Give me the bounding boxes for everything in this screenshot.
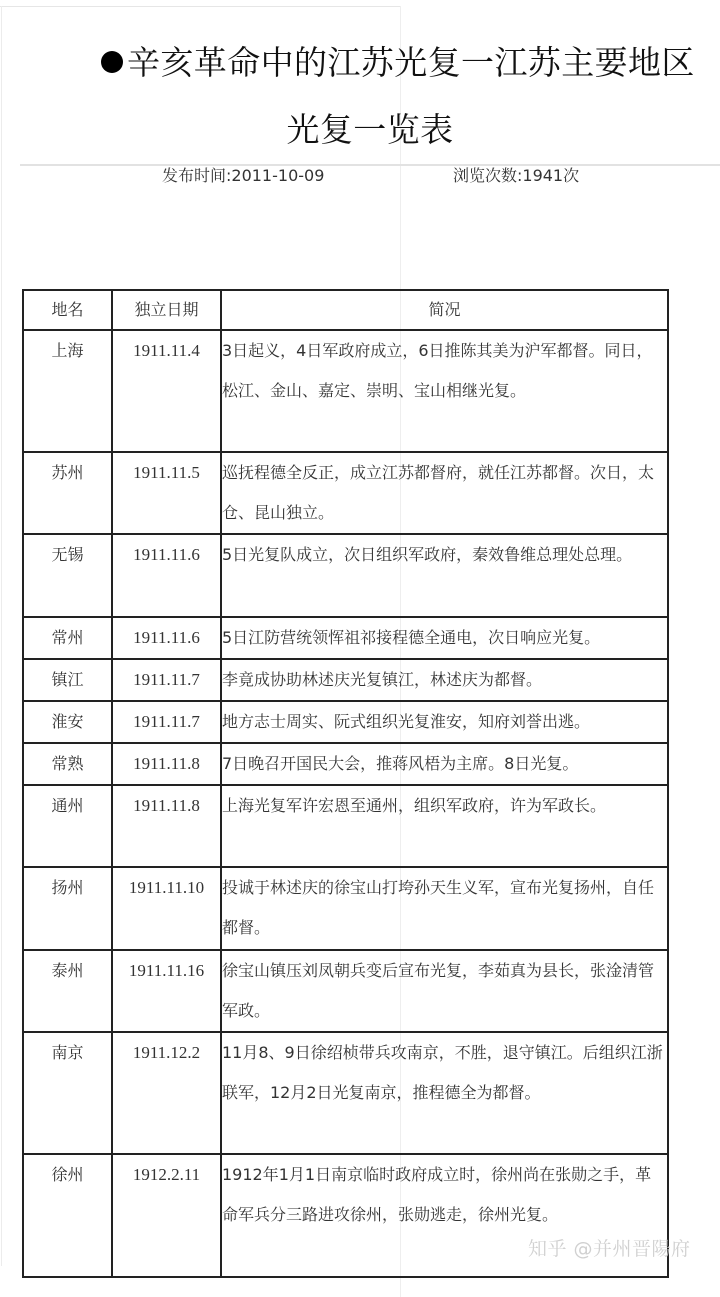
table-row: 镇江 1911.11.7 李竟成协助林述庆光复镇江，林述庆为都督。 — [23, 659, 668, 701]
cell-place: 常熟 — [23, 743, 112, 785]
table-row: 扬州 1911.11.10 投诚于林述庆的徐宝山打垮孙天生义军，宣布光复扬州，自… — [23, 867, 668, 950]
cell-date: 1912.2.11 — [112, 1154, 221, 1277]
publish-date: 发布时间:2011-10-09 — [162, 165, 324, 187]
cell-date: 1911.11.6 — [112, 617, 221, 659]
cell-place: 南京 — [23, 1032, 112, 1154]
cell-place: 常州 — [23, 617, 112, 659]
cell-date: 1911.12.2 — [112, 1032, 221, 1154]
table-row: 通州 1911.11.8 上海光复军许宏恩至通州，组织军政府，许为军政长。 — [23, 785, 668, 867]
table-header-row: 地名 独立日期 简况 — [23, 290, 668, 330]
cell-date: 1911.11.10 — [112, 867, 221, 950]
cell-summary: 3日起义，4日军政府成立，6日推陈其美为沪军都督。同日，松江、金山、嘉定、崇明、… — [221, 330, 668, 452]
cell-place: 淮安 — [23, 701, 112, 743]
page-frame-top-border — [0, 6, 400, 7]
cell-place: 通州 — [23, 785, 112, 867]
table-row: 常州 1911.11.6 5日江防营统领恽祖祁接程德全通电，次日响应光复。 — [23, 617, 668, 659]
title-divider — [20, 164, 720, 166]
cell-place: 扬州 — [23, 867, 112, 950]
cell-summary: 上海光复军许宏恩至通州，组织军政府，许为军政长。 — [221, 785, 668, 867]
cell-summary: 巡抚程德全反正，成立江苏都督府，就任江苏都督。次日，太仓、昆山独立。 — [221, 452, 668, 534]
header-place: 地名 — [23, 290, 112, 330]
cell-summary: 11月8、9日徐绍桢带兵攻南京，不胜，退守镇江。后组织江浙联军，12月2日光复南… — [221, 1032, 668, 1154]
table-row: 南京 1911.12.2 11月8、9日徐绍桢带兵攻南京，不胜，退守镇江。后组织… — [23, 1032, 668, 1154]
cell-date: 1911.11.8 — [112, 743, 221, 785]
cell-date: 1911.11.6 — [112, 534, 221, 617]
cell-place: 徐州 — [23, 1154, 112, 1277]
cell-place: 苏州 — [23, 452, 112, 534]
cell-summary: 5日光复队成立，次日组织军政府，秦效鲁维总理处总理。 — [221, 534, 668, 617]
bullet-icon — [101, 51, 123, 73]
zhihu-watermark: 知乎 @并州晋陽府 — [528, 1235, 691, 1263]
cell-summary: 7日晚召开国民大会，推蒋风梧为主席。8日光复。 — [221, 743, 668, 785]
cell-date: 1911.11.8 — [112, 785, 221, 867]
header-date: 独立日期 — [112, 290, 221, 330]
cell-date: 1911.11.4 — [112, 330, 221, 452]
page-title-line2: 光复一览表 — [0, 107, 720, 153]
cell-place: 泰州 — [23, 950, 112, 1032]
header-summary: 简况 — [221, 290, 668, 330]
page-title: 辛亥革命中的江苏光复一江苏主要地区 — [101, 40, 720, 86]
cell-date: 1911.11.5 — [112, 452, 221, 534]
page-title-text-line1: 辛亥革命中的江苏光复一江苏主要地区 — [127, 43, 695, 82]
cell-date: 1911.11.16 — [112, 950, 221, 1032]
cell-date: 1911.11.7 — [112, 701, 221, 743]
table-row: 苏州 1911.11.5 巡抚程德全反正，成立江苏都督府，就任江苏都督。次日，太… — [23, 452, 668, 534]
table-row: 淮安 1911.11.7 地方志士周实、阮式组织光复淮安，知府刘誉出逃。 — [23, 701, 668, 743]
cell-place: 镇江 — [23, 659, 112, 701]
table-row: 无锡 1911.11.6 5日光复队成立，次日组织军政府，秦效鲁维总理处总理。 — [23, 534, 668, 617]
table-row: 上海 1911.11.4 3日起义，4日军政府成立，6日推陈其美为沪军都督。同日… — [23, 330, 668, 452]
table-row: 常熟 1911.11.8 7日晚召开国民大会，推蒋风梧为主席。8日光复。 — [23, 743, 668, 785]
liberation-summary-table: 地名 独立日期 简况 上海 1911.11.4 3日起义，4日军政府成立，6日推… — [22, 289, 669, 1278]
page-frame-left-border — [1, 6, 2, 1266]
cell-place: 无锡 — [23, 534, 112, 617]
cell-date: 1911.11.7 — [112, 659, 221, 701]
table-row: 泰州 1911.11.16 徐宝山镇压刘凤朝兵变后宣布光复，李茹真为县长，张淦清… — [23, 950, 668, 1032]
cell-summary: 5日江防营统领恽祖祁接程德全通电，次日响应光复。 — [221, 617, 668, 659]
cell-summary: 徐宝山镇压刘凤朝兵变后宣布光复，李茹真为县长，张淦清管军政。 — [221, 950, 668, 1032]
cell-place: 上海 — [23, 330, 112, 452]
cell-summary: 地方志士周实、阮式组织光复淮安，知府刘誉出逃。 — [221, 701, 668, 743]
cell-summary: 投诚于林述庆的徐宝山打垮孙天生义军，宣布光复扬州，自任都督。 — [221, 867, 668, 950]
view-count: 浏览次数:1941次 — [453, 165, 579, 187]
cell-summary: 李竟成协助林述庆光复镇江，林述庆为都督。 — [221, 659, 668, 701]
